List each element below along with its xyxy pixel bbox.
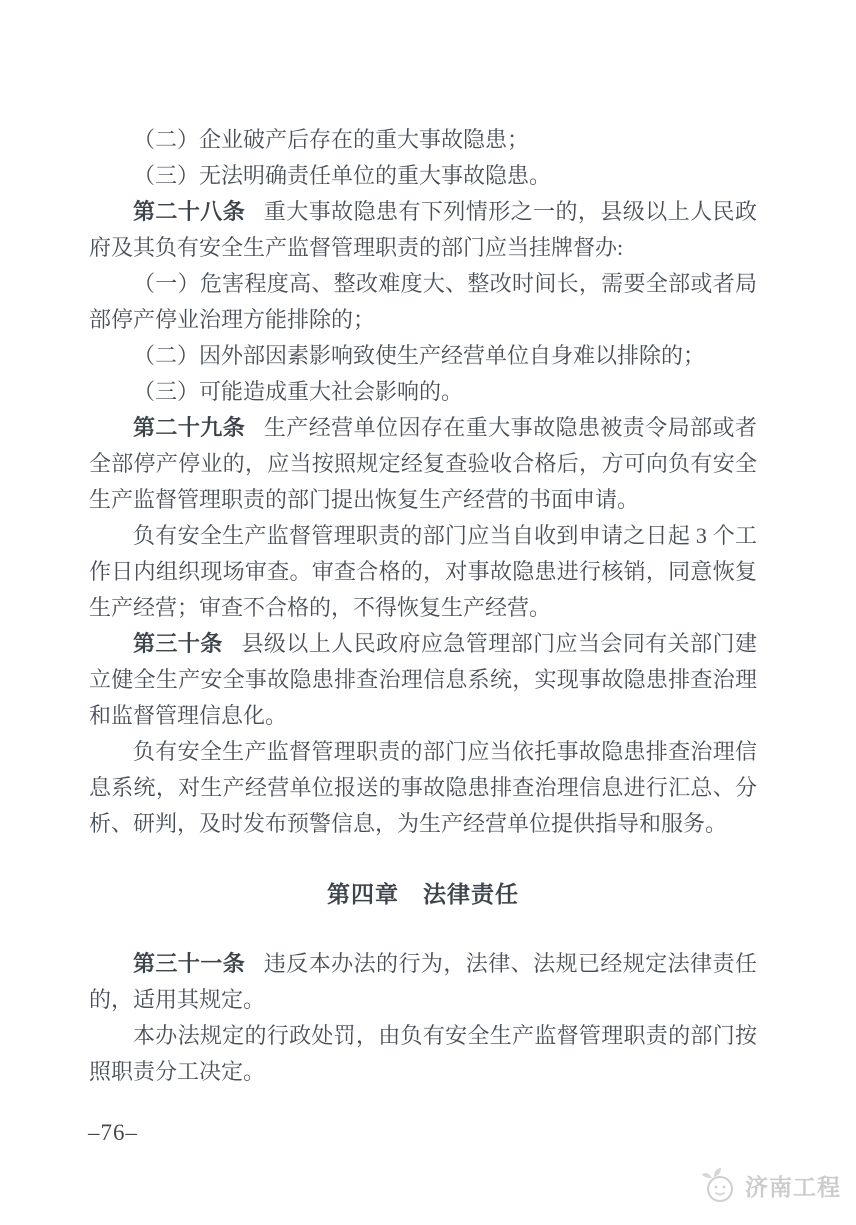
- paragraph-text: （三）无法明确责任单位的重大事故隐患。: [133, 163, 551, 188]
- chapter-heading: 第四章 法律责任: [89, 876, 757, 912]
- page-number: –76–: [88, 1120, 138, 1146]
- list-item-paragraph: （三）可能造成重大社会影响的。: [89, 374, 757, 410]
- list-item-paragraph: （一）危害程度高、整改难度大、整改时间长，需要全部或者局部停产停业治理方能排除的…: [89, 266, 757, 338]
- text-column: （二）企业破产后存在的重大事故隐患； （三）无法明确责任单位的重大事故隐患。 第…: [89, 122, 757, 1090]
- paragraph-text: （一）危害程度高、整改难度大、整改时间长，需要全部或者局部停产停业治理方能排除的…: [89, 271, 757, 332]
- watermark: 济南工程: [700, 1166, 841, 1204]
- body-paragraph: 负有安全生产监督管理职责的部门应当自收到申请之日起 3 个工作日内组织现场审查。…: [89, 518, 757, 626]
- paragraph-text: 本办法规定的行政处罚，由负有安全生产监督管理职责的部门按照职责分工决定。: [89, 1023, 757, 1084]
- paragraph-text: 负有安全生产监督管理职责的部门应当自收到申请之日起 3 个工作日内组织现场审查。…: [89, 523, 757, 620]
- paragraph-text: （三）可能造成重大社会影响的。: [133, 379, 463, 404]
- list-item-paragraph: （二）企业破产后存在的重大事故隐患；: [89, 122, 757, 158]
- article-number-label: 第三十条: [133, 631, 223, 656]
- article-number-label: 第二十八条: [133, 199, 245, 224]
- paragraph-text: （二）因外部因素影响致使生产经营单位自身难以排除的；: [133, 343, 705, 368]
- body-paragraph: 本办法规定的行政处罚，由负有安全生产监督管理职责的部门按照职责分工决定。: [89, 1018, 757, 1090]
- article-number-label: 第三十一条: [133, 951, 245, 976]
- jinan-gongcheng-logo-icon: [700, 1166, 738, 1204]
- article-number-label: 第二十九条: [133, 415, 245, 440]
- watermark-label: 济南工程: [745, 1169, 841, 1202]
- article-paragraph: 第二十九条生产经营单位因存在重大事故隐患被责令局部或者全部停产停业的，应当按照规…: [89, 410, 757, 518]
- article-paragraph: 第三十条县级以上人民政府应急管理部门应当会同有关部门建立健全生产安全事故隐患排查…: [89, 626, 757, 734]
- list-item-paragraph: （三）无法明确责任单位的重大事故隐患。: [89, 158, 757, 194]
- list-item-paragraph: （二）因外部因素影响致使生产经营单位自身难以排除的；: [89, 338, 757, 374]
- article-paragraph: 第三十一条违反本办法的行为，法律、法规已经规定法律责任的，适用其规定。: [89, 946, 757, 1018]
- document-page: （二）企业破产后存在的重大事故隐患； （三）无法明确责任单位的重大事故隐患。 第…: [0, 0, 856, 1225]
- paragraph-text: （二）企业破产后存在的重大事故隐患；: [133, 127, 529, 152]
- body-paragraph: 负有安全生产监督管理职责的部门应当依托事故隐患排查治理信息系统，对生产经营单位报…: [89, 734, 757, 842]
- paragraph-text: 负有安全生产监督管理职责的部门应当依托事故隐患排查治理信息系统，对生产经营单位报…: [89, 739, 757, 836]
- article-paragraph: 第二十八条重大事故隐患有下列情形之一的，县级以上人民政府及其负有安全生产监督管理…: [89, 194, 757, 266]
